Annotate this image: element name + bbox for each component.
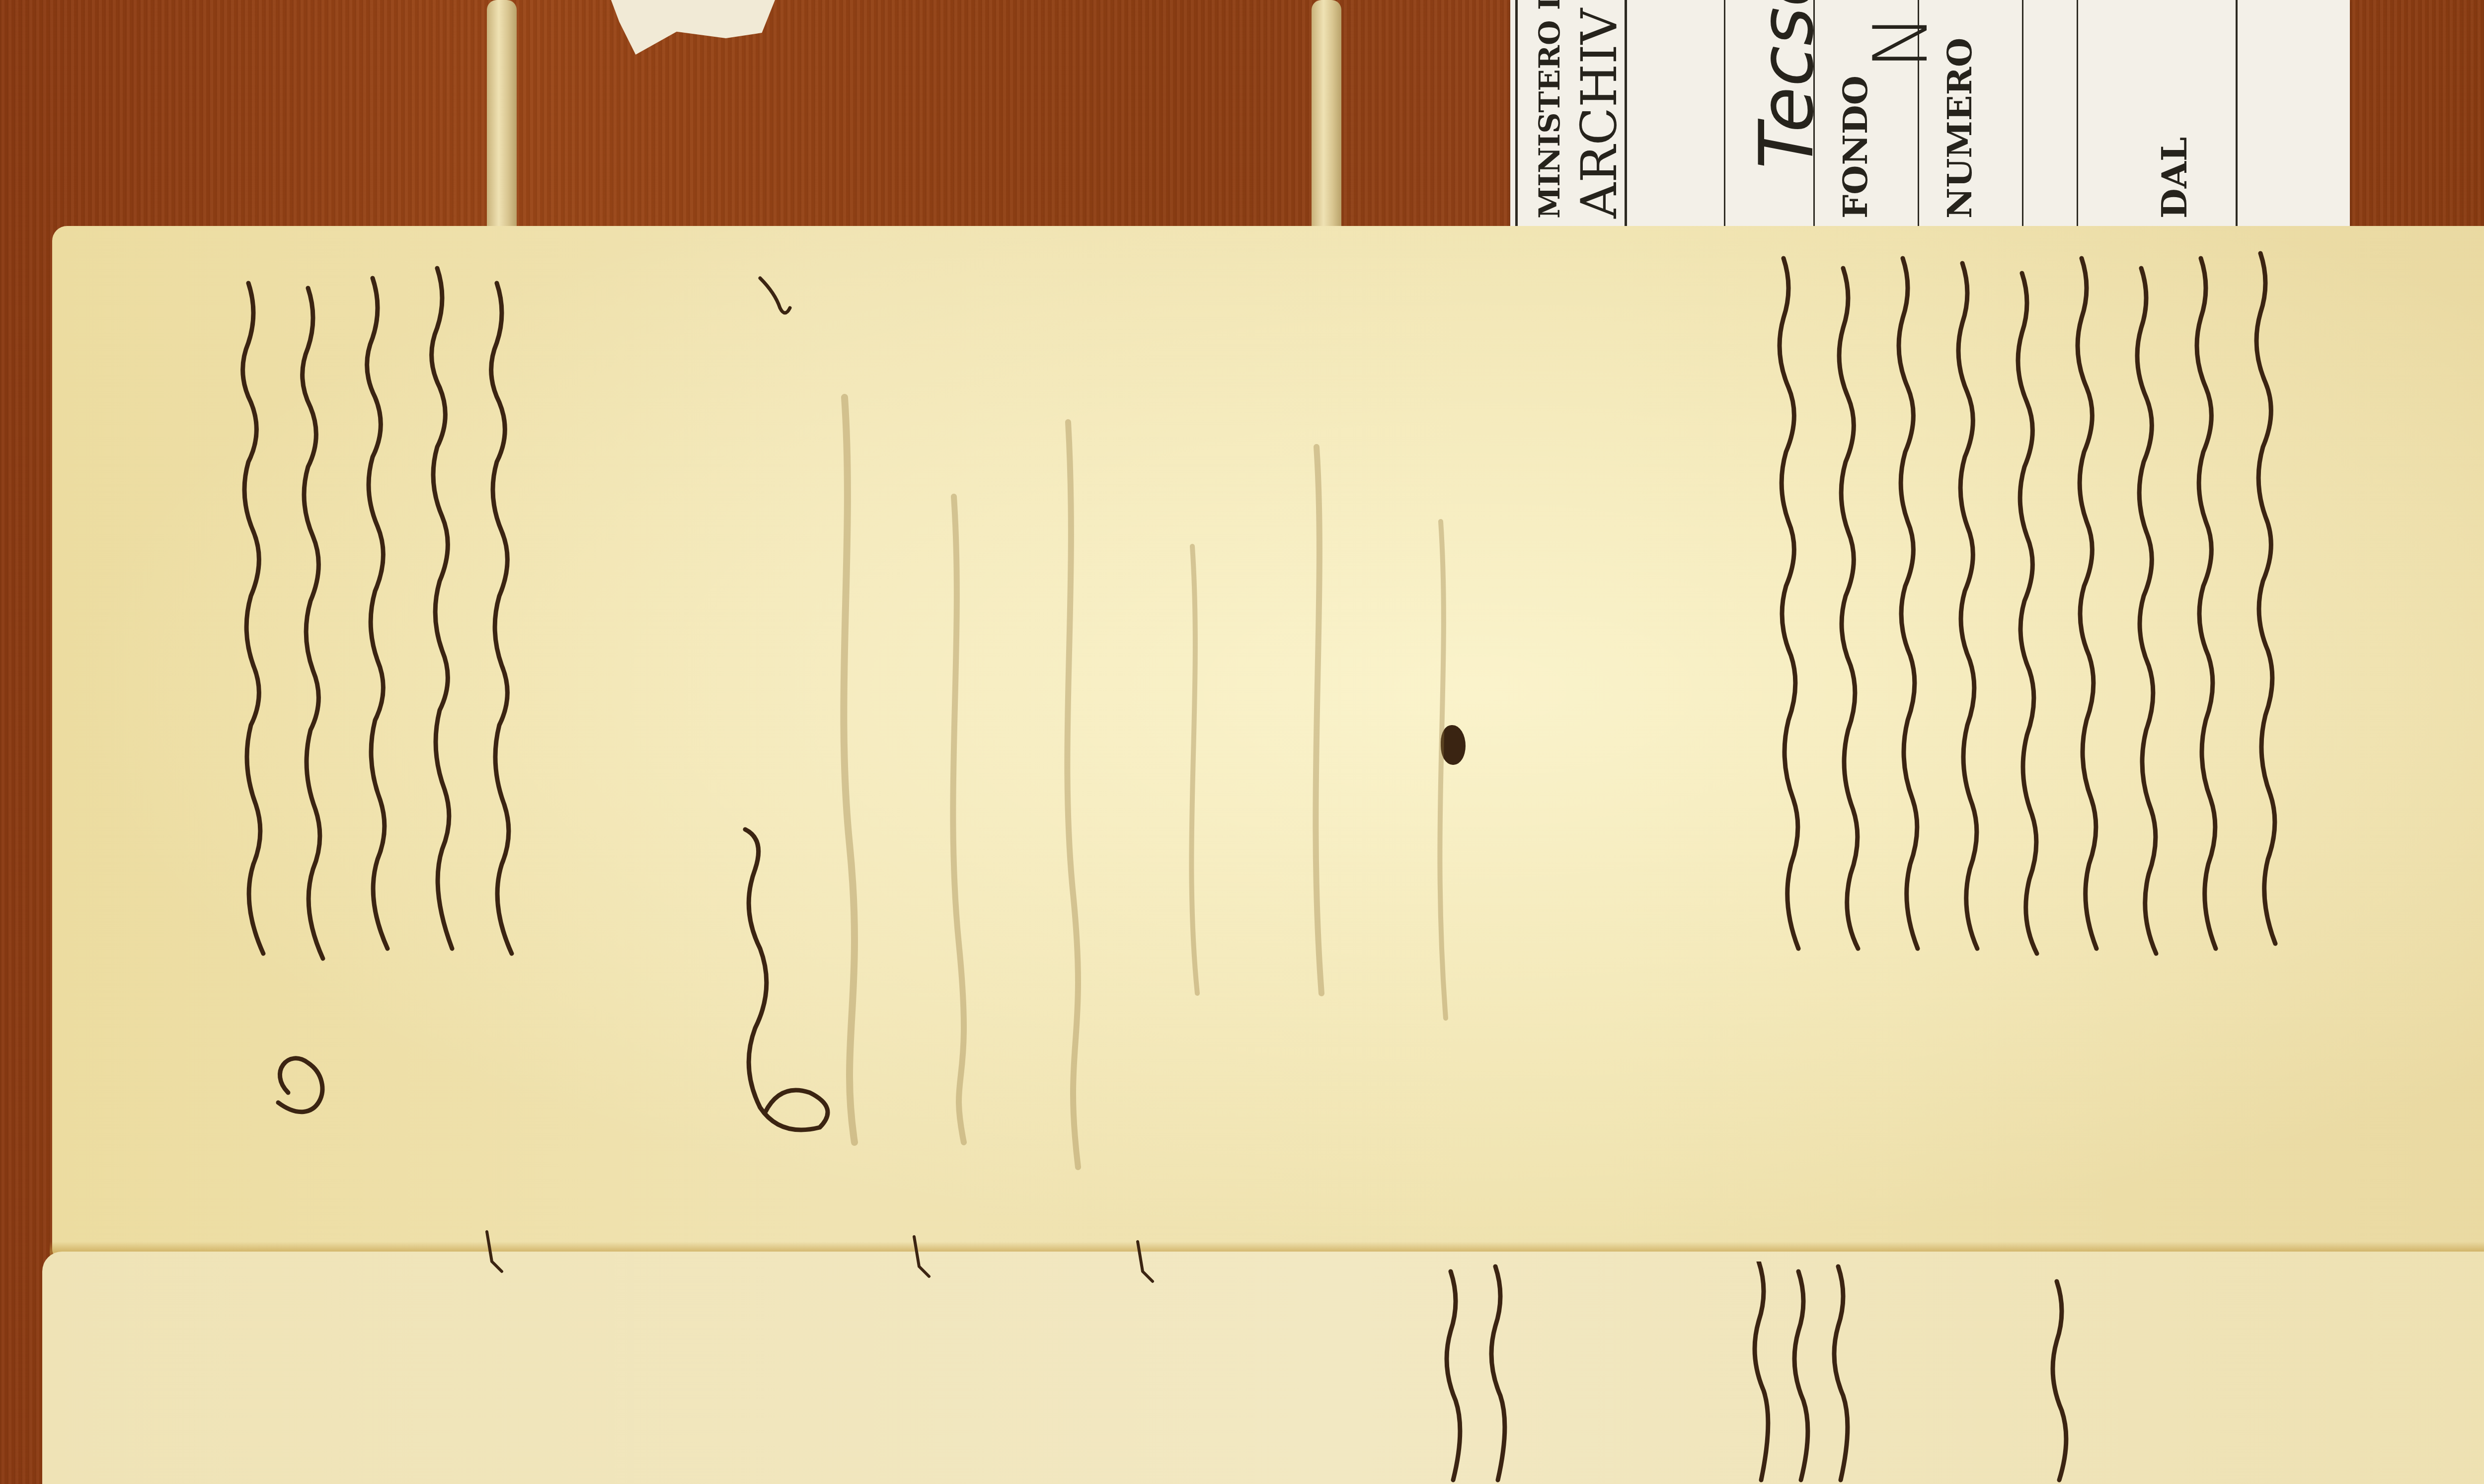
label-field-dal: DAL: [2154, 137, 2195, 219]
handwriting-left-block: [209, 258, 656, 1202]
handwriting-right-block: [1769, 238, 2365, 1182]
label-border-line: [1515, 0, 1518, 233]
label-rule-line: [1724, 0, 1725, 233]
page-edge-marks: [472, 1227, 2211, 1286]
label-rule-line: [2236, 0, 2238, 233]
label-rule-line: [2022, 0, 2023, 233]
page-mark: [755, 268, 795, 328]
signature: [715, 819, 864, 1217]
label-archive-title: ARCHIV: [1570, 8, 1628, 219]
handwriting-second-page: [1441, 1261, 2136, 1484]
label-field-fondo: FONDO: [1836, 75, 1875, 219]
binding-string-right: [1312, 0, 1341, 238]
label-rule-line: [2077, 0, 2078, 233]
binding-string-left: [487, 0, 517, 238]
label-ministry-text: MINISTERO D: [1533, 0, 1566, 219]
archive-label: MINISTERO D ARCHIV Tecsc FONDO N NUMERO …: [1510, 0, 2350, 233]
label-field-numero: NUMERO: [1940, 38, 1980, 219]
label-handwritten-top: Tecsc: [1744, 0, 1830, 169]
bleed-through-text: [745, 348, 1540, 1192]
label-handwritten-fondo: N: [1858, 14, 1944, 70]
